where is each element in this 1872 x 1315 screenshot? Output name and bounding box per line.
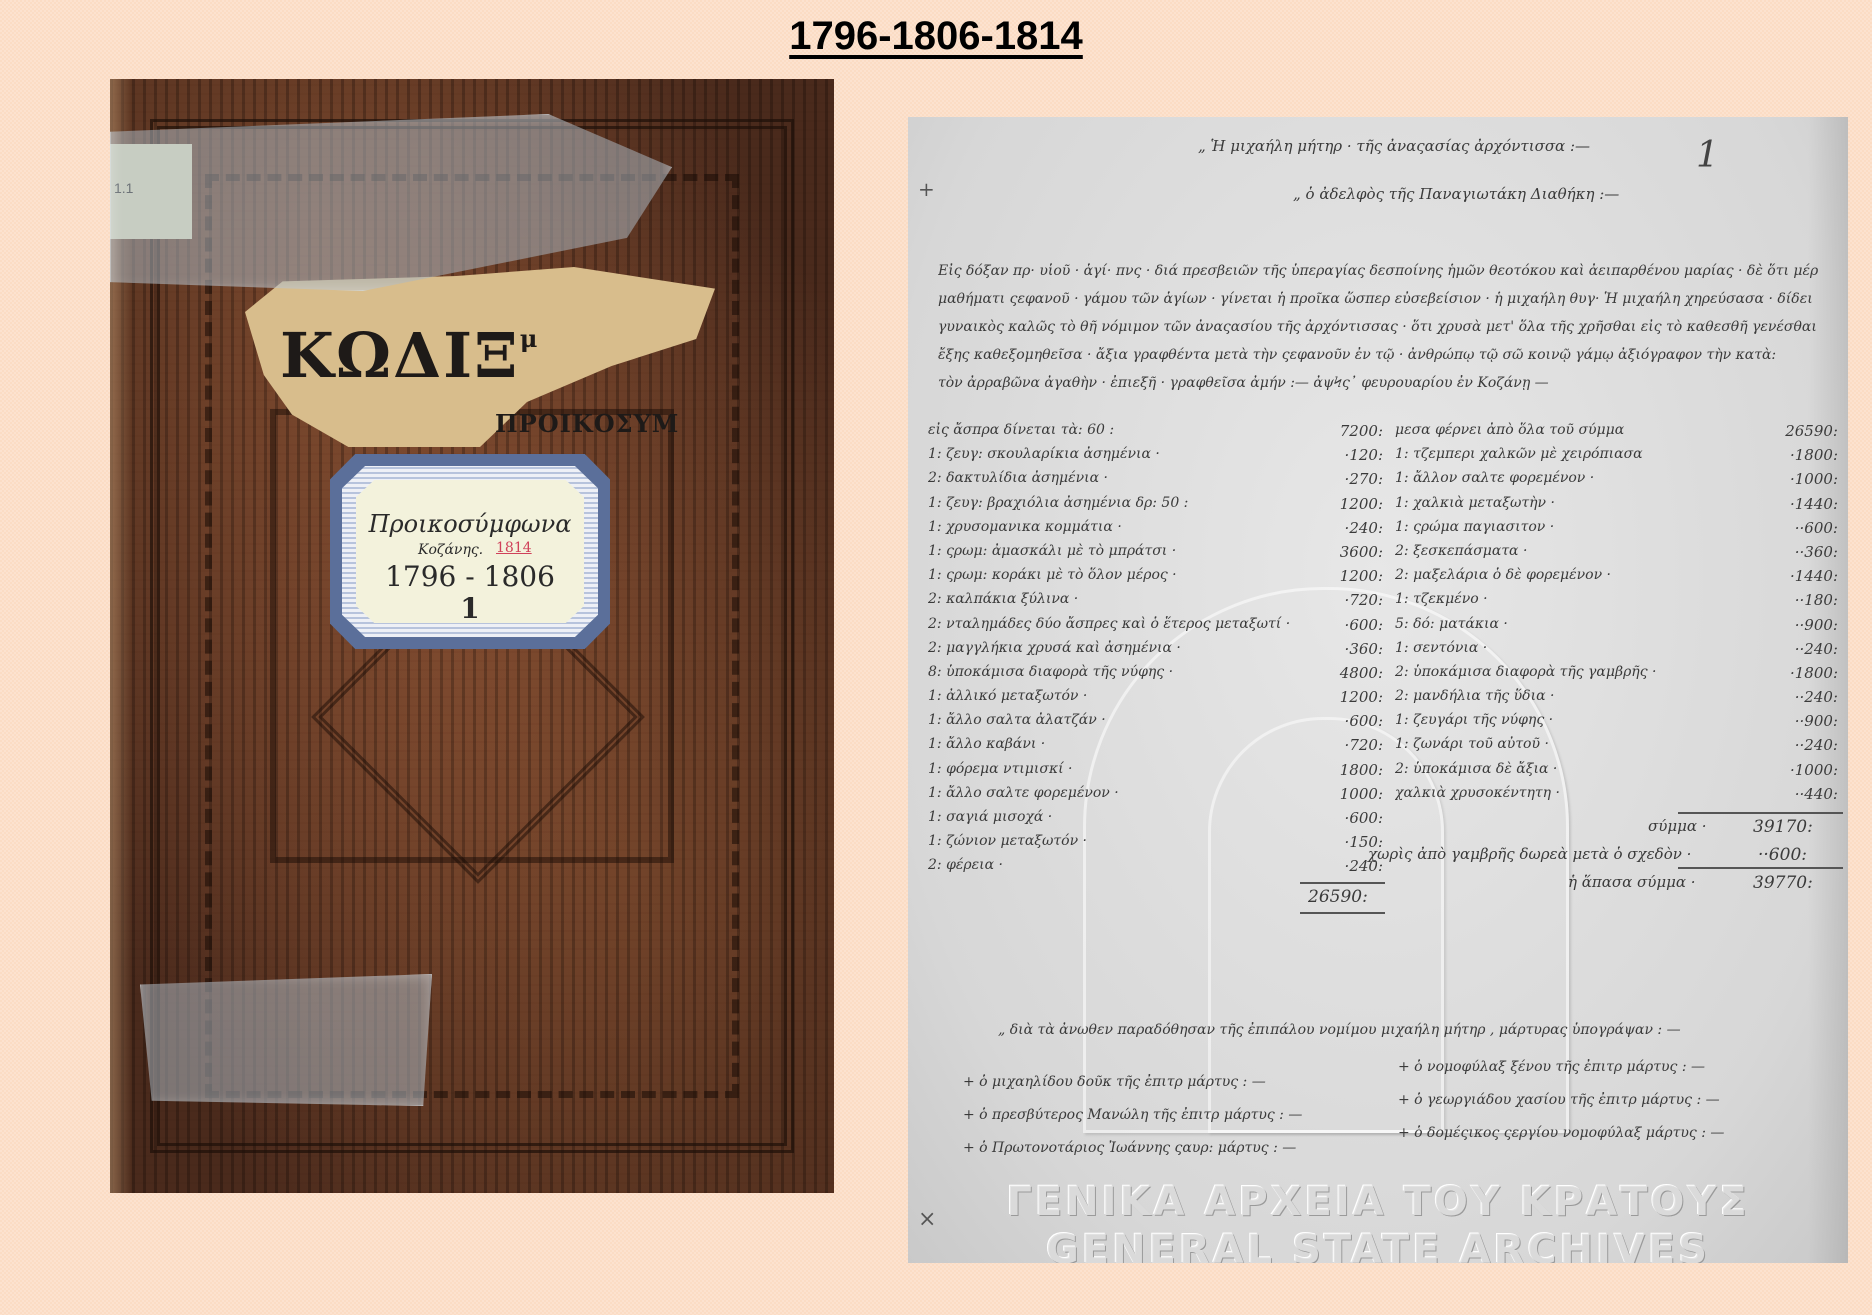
list-item: 1: σαγιά μισοχά · [928,809,1293,833]
intro-paragraph: Εἰς δόξαν πρ· υἱοῦ · ἁγί· πνς · διά πρεσ… [938,257,1818,397]
item-value: ··900: [1708,616,1838,640]
item-value: ··240: [1708,640,1838,664]
list-item: 2: ὑποκάμισα διαφορὰ τῆς γαμβρῆς · [1395,664,1735,688]
list-item: 1: ςρωμ: ἀμασκάλι μὲ τὸ μπράτσι · [928,543,1293,567]
list-item: 1: ζευγ: βραχιόλια ἀσημένια δρ: 50 : [928,495,1293,519]
label-date-range: 1796 - 1806 [356,560,584,593]
item-value: ·720: [1288,736,1383,760]
item-value: ·1440: [1708,567,1838,591]
list-item: 5: δό: ματάκια · [1395,616,1735,640]
list-item: 1: ζώνιον μεταξωτόν · [928,833,1293,857]
item-value: ·240: [1288,519,1383,543]
archive-label: Προικοσύμφωνα Κοζάνης. 1814 1796 - 1806 … [356,480,584,623]
list-item: 1: ἄλλο καβάνι · [928,736,1293,760]
list-item: 2: φέρεια · [928,857,1293,881]
witness-left-2: + ὁ πρεσβύτερος Μανώλη τῆς ἐπιτρ μάρτυς … [963,1107,1302,1123]
dowry-items-left: εἰς ἄσπρα δίνεται τὰ: 60 : 1: ζευγ: σκου… [928,422,1293,882]
item-value: 4800: [1288,664,1383,688]
list-item: 1: φόρεμα ντιμισκί · [928,761,1293,785]
item-value: 7200: [1288,422,1383,446]
witness-left-1: + ὁ μιχαηλίδου δοῦκ τῆς ἐπιτρ μάρτυς : — [963,1074,1266,1090]
item-value: ··360: [1708,543,1838,567]
intro-line: γυναικὸς καλῶς τὸ θῆ νόμιμον τῶν ἀναςασί… [938,313,1818,341]
witness-right-3: + ὁ δομέςικος ςεργίου νομοφύλαξ μάρτυς :… [1398,1125,1724,1141]
witness-intro: „ διὰ τὰ ἀνωθεν παραδόθησαν τῆς ἐπιπάλου… [998,1022,1681,1038]
cover-title: ΚΩΔΙΞμ [280,319,539,392]
list-item: 1: τζεμπερι χαλκῶν μὲ χειρόπιασα [1395,446,1735,470]
item-value: 1800: [1288,761,1383,785]
list-item: 1: ζωνάρι τοῦ αὐτοῦ · [1395,736,1735,760]
label-red-year: 1814 [496,540,532,556]
list-item: 1: ἄλλο σαλτα ἀλατζάν · [928,712,1293,736]
list-item: 1: χαλκιὰ μεταξωτὴν · [1395,495,1735,519]
item-value: 26590: [1708,422,1838,446]
list-item: χαλκιὰ χρυσοκέντητη · [1395,785,1735,809]
item-value: 1200: [1288,495,1383,519]
list-item: 1: ςρώμα παγιασιτον · [1395,519,1735,543]
item-value: 1200: [1288,688,1383,712]
list-item: 1: ςρωμ: κοράκι μὲ τὸ ὅλον μέρος · [928,567,1293,591]
witness-right-1: + ὁ νομοφύλαξ ξένου τῆς ἐπιτρ μάρτυς : — [1398,1059,1705,1075]
list-item: 8: ὑποκάμισα διαφορὰ τῆς νύφης · [928,664,1293,688]
item-value: ·360: [1288,640,1383,664]
subtotal-rule [1300,882,1385,884]
list-item: 1: ἄλλο σαλτε φορεμένον · [928,785,1293,809]
item-value: ·1800: [1708,446,1838,470]
grand-total-value: 39770: [1753,873,1813,893]
intro-line: μαθήματι ςεφανοῦ · γάμου τῶν ἁγίων · γίν… [938,285,1818,313]
total-rule [1678,812,1843,814]
list-item: 2: νταλημάδες δύο ἄσπρες καὶ ὁ ἕτερος με… [928,616,1293,640]
page-title: 1796-1806-1814 [0,14,1872,59]
item-value: ··600: [1708,519,1838,543]
list-item: εἰς ἄσπρα δίνεται τὰ: 60 : [928,422,1293,446]
list-item: 1: ζευγ: σκουλαρίκια ἀσημένια · [928,446,1293,470]
dowry-items-right: μεσα φέρνει ἀπὸ ὅλα τοῦ σύμμα 1: τζεμπερ… [1395,422,1735,809]
list-item: 2: μαγγλήκια χρυσά καὶ ἀσημένια · [928,640,1293,664]
item-value: ·120: [1288,446,1383,470]
item-value: ·1440: [1708,495,1838,519]
item-value: ·1000: [1708,470,1838,494]
intro-line: τὸν ἀρραβῶνα ἀγαθὴν · ἐπιεξῆ · γραφθεῖσα… [938,369,1818,397]
total-value: 39170: [1753,817,1813,837]
list-item: 1: ζευγάρι τῆς νύφης · [1395,712,1735,736]
folio-number: 1 [1696,135,1719,176]
list-item: 2: καλπάκια ξύλινα · [928,591,1293,615]
list-item: 1: ἄλλον σαλτε φορεμένον · [1395,470,1735,494]
list-item: 1: χρυσομανικα κομμάτια · [928,519,1293,543]
item-value: ··440: [1708,785,1838,809]
list-item: 1: ἀλλικό μεταξωτόν · [928,688,1293,712]
item-value: ·270: [1288,470,1383,494]
watermark-greek: ΓΕΝΙΚΑ ΑΡΧΕΙΑ ΤΟΥ ΚΡΑΤΟΥΣ [908,1179,1848,1225]
subtotal-underline [1300,912,1385,914]
cover-title-superscript: μ [520,324,540,353]
extra-value: ··600: [1758,845,1807,865]
subtotal-left: 26590: [1308,887,1368,907]
manuscript-header-2: „ ὁ ἀδελφὸς τῆς Παναγιωτάκη Διαθήκη :— [1293,185,1619,203]
extra-label: χωρὶς ἀπὸ γαμβρῆς δωρεὰ μετὰ ὁ σχεδὸν · [1368,845,1691,863]
manuscript-scan: + „ Ἡ μιχαήλη μήτηρ · τῆς ἀναςασίας ἀρχό… [908,117,1848,1263]
list-item: 2: δακτυλίδια ἀσημένια · [928,470,1293,494]
total-label: σύμμα · [1648,817,1707,835]
item-value: ·600: [1288,712,1383,736]
codex-cover-photo: 1.1 ΚΩΔΙΞμ ΠΡΟΙΚΟΣΥΜ Προικοσύμφωνα Κοζάν… [110,79,834,1193]
item-value: ·720: [1288,591,1383,615]
grand-total-rule [1678,867,1843,869]
intro-line: ἔξης καθεξομηθεῖσα · ἄξια γραφθέντα μετὰ… [938,341,1818,369]
cross-mark-icon: + [918,177,935,201]
intro-line: Εἰς δόξαν πρ· υἱοῦ · ἁγί· πνς · διά πρεσ… [938,257,1818,285]
dowry-values-right: 26590: ·1800: ·1000: ·1440: ··600: ··360… [1708,422,1838,809]
item-value: 1200: [1288,567,1383,591]
witness-left-3: + ὁ Πρωτονοτάριος Ἰωάννης ςαυρ: μάρτυς :… [963,1140,1296,1156]
label-place: Κοζάνης. [418,542,483,558]
item-value: 1000: [1288,785,1383,809]
watermark-english: GENERAL STATE ARCHIVES [908,1227,1848,1263]
list-item: 1: σεντόνια · [1395,640,1735,664]
list-item: 2: μαξελάρια ὁ δὲ φορεμένον · [1395,567,1735,591]
item-value: ·600: [1288,809,1383,833]
grand-total-label: ἡ ἅπασα σύμμα · [1568,873,1696,891]
list-item: 2: ξεσκεπάσματα · [1395,543,1735,567]
item-value: 3600: [1288,543,1383,567]
item-value: ··180: [1708,591,1838,615]
item-value: ··900: [1708,712,1838,736]
label-volume-number: 1 [356,592,584,625]
item-value: ··240: [1708,736,1838,760]
cover-title-text: ΚΩΔΙΞ [280,319,520,392]
item-value: ··240: [1708,688,1838,712]
label-title: Προικοσύμφωνα [356,510,584,538]
list-item: μεσα φέρνει ἀπὸ ὅλα τοῦ σύμμα [1395,422,1735,446]
repair-tape-bottom [140,974,432,1106]
dowry-values-left: 7200: ·120: ·270: 1200: ·240: 3600: 1200… [1288,422,1383,882]
cover-subtitle: ΠΡΟΙΚΟΣΥΜ [495,409,679,438]
item-value: ·1800: [1708,664,1838,688]
witness-right-2: + ὁ γεωργιάδου χασίου τῆς ἐπιτρ μάρτυς :… [1398,1092,1720,1108]
item-value: ·1000: [1708,761,1838,785]
list-item: 2: ὑποκάμισα δὲ ἄξια · [1395,761,1735,785]
list-item: 1: τζεκμένο · [1395,591,1735,615]
item-value: ·600: [1288,616,1383,640]
list-item: 2: μανδήλια τῆς ὕδια · [1395,688,1735,712]
page-title-text: 1796-1806-1814 [789,14,1083,58]
manuscript-header-1: „ Ἡ μιχαήλη μήτηρ · τῆς ἀναςασίας ἀρχόντ… [1198,137,1590,155]
